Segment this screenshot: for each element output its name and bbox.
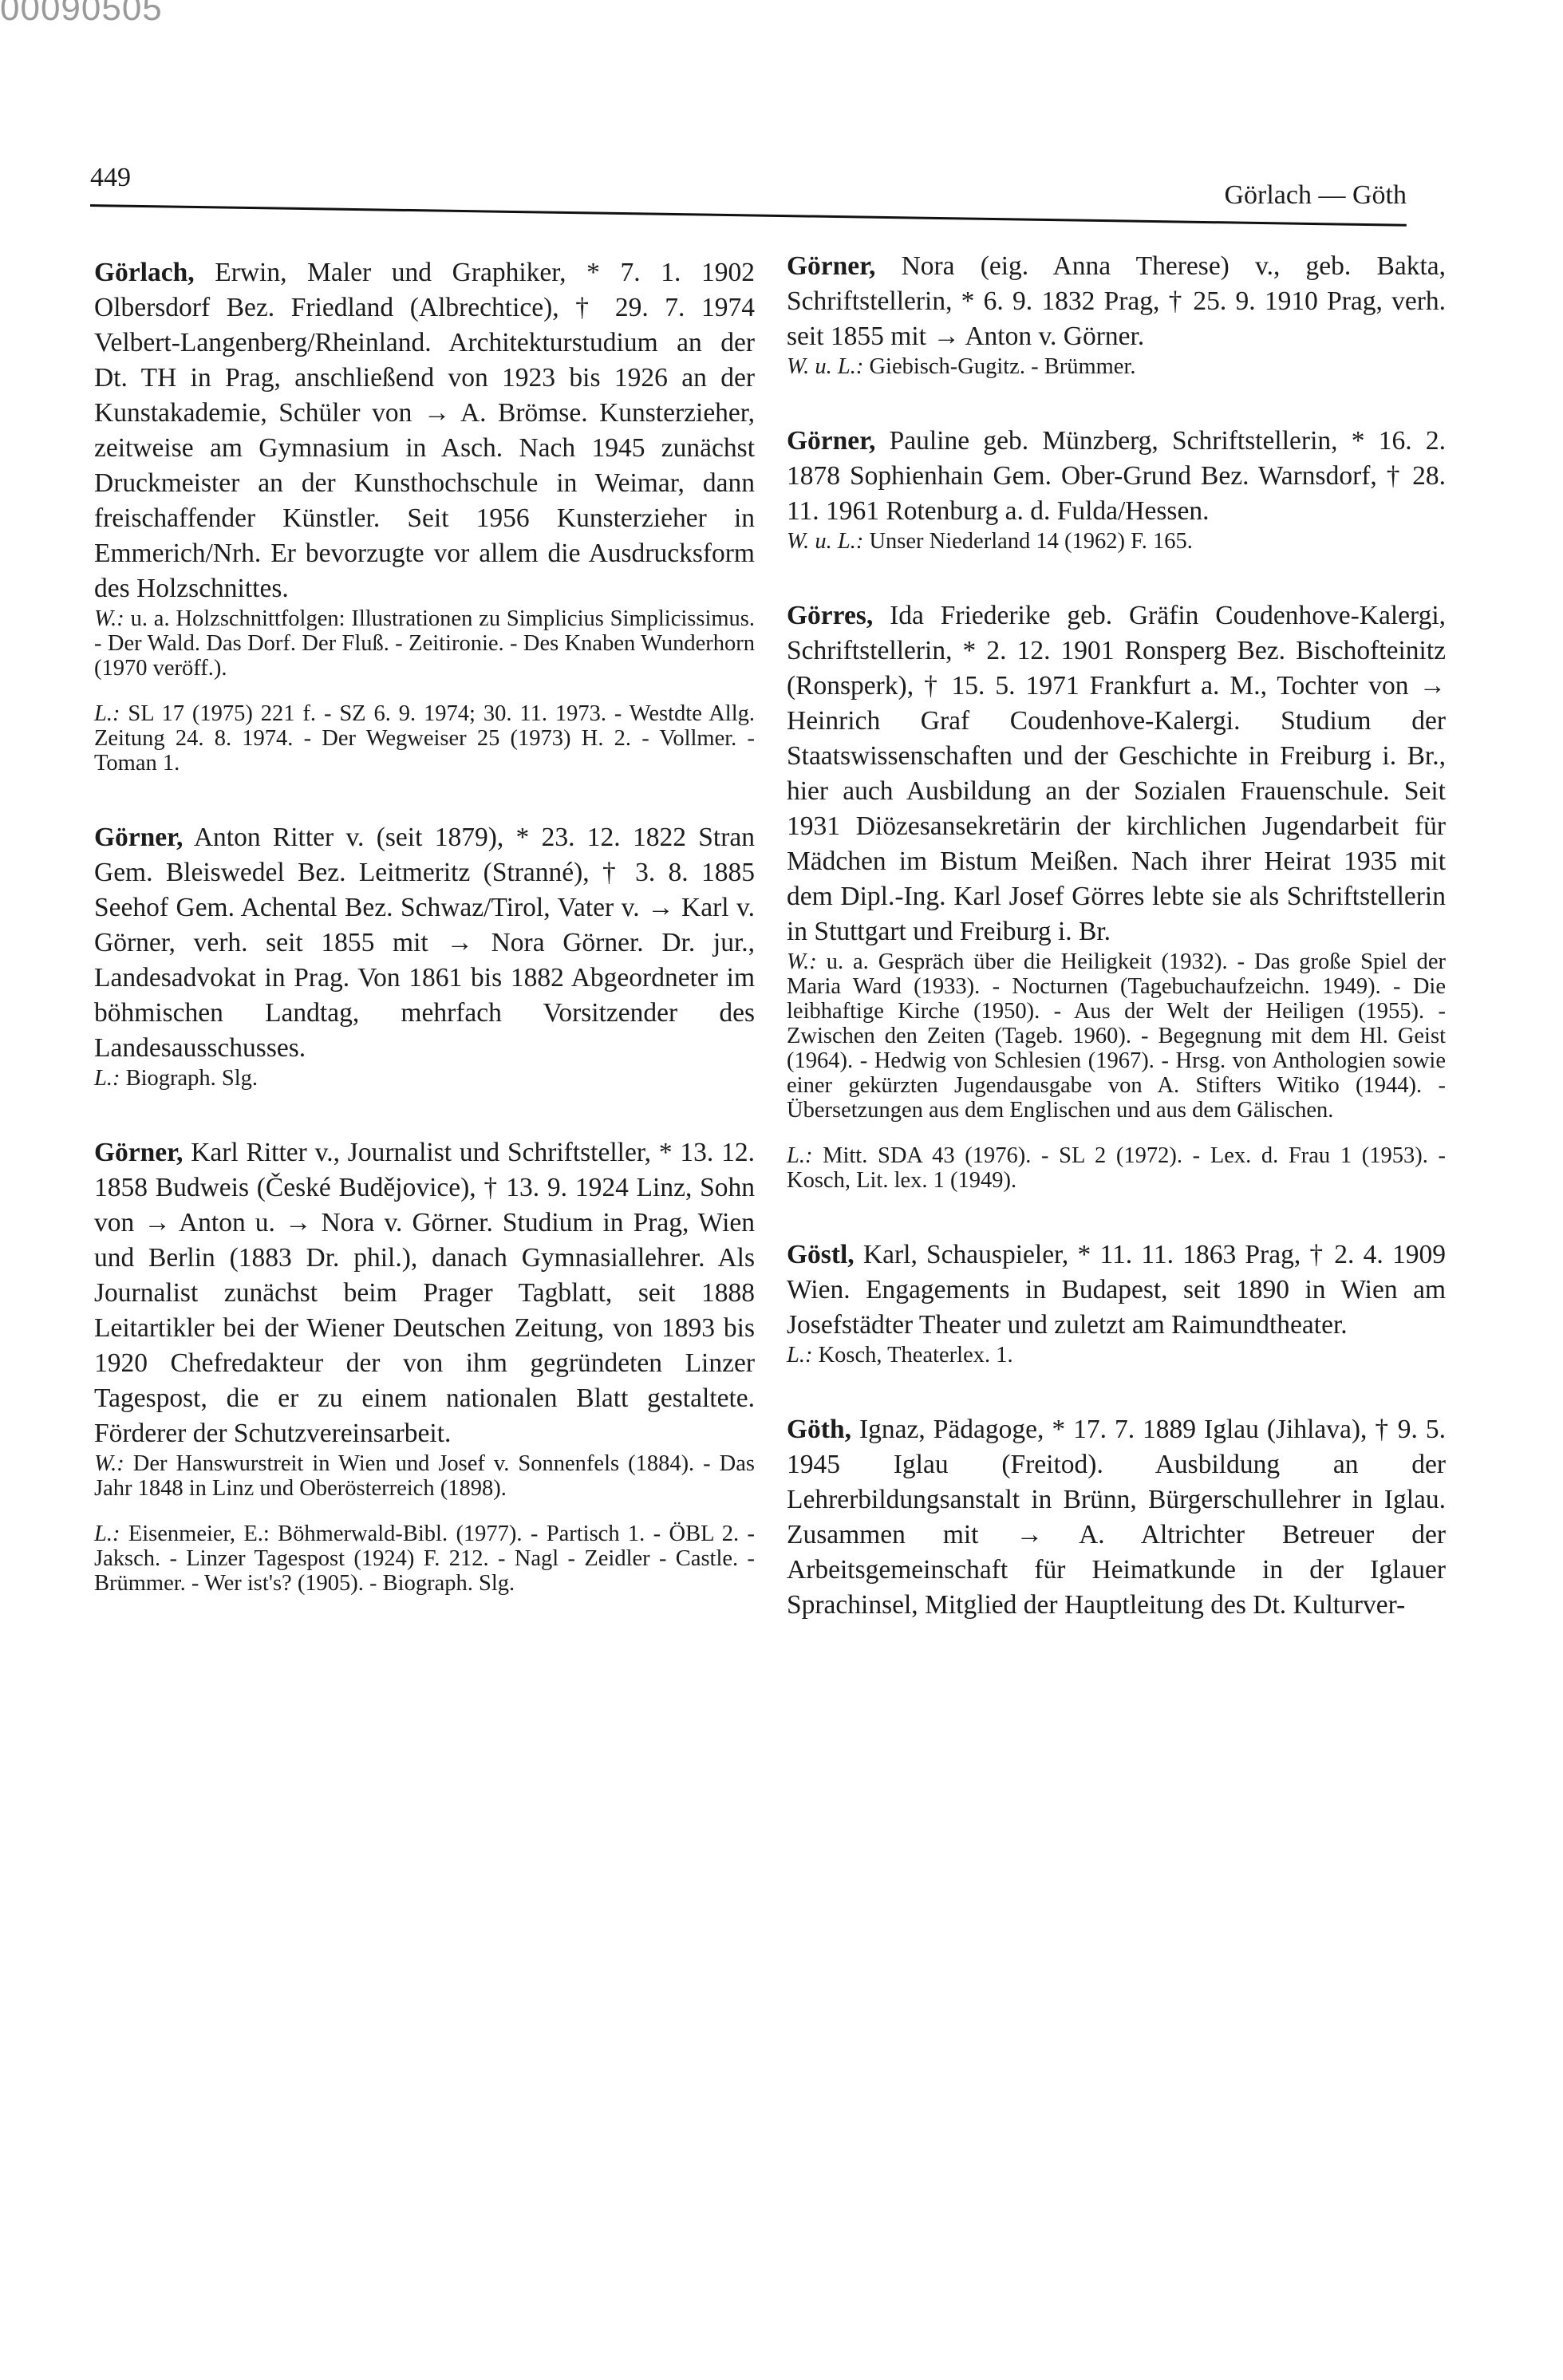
works-text: u. a. Gespräch über die Heiligkeit (1932… xyxy=(787,949,1446,1123)
entry-works: W.: u. a. Gespräch über die Heiligkeit (… xyxy=(787,949,1446,1123)
entry-text: Ignaz, Pädagoge, * 17. 7. 1889 Iglau (Ji… xyxy=(787,1415,1446,1620)
lit-text: Mitt. SDA 43 (1976). - SL 2 (1972). - Le… xyxy=(787,1143,1446,1193)
entry-body: Görlach, Erwin, Maler und Graphiker, * 7… xyxy=(94,255,755,606)
scan-id-stamp: 00090505 xyxy=(0,0,163,29)
entry-text: Nora (eig. Anna Therese) v., geb. Bakta,… xyxy=(787,251,1446,351)
entry-text: Karl Ritter v., Journalist und Schriftst… xyxy=(94,1138,755,1448)
lit-tag: L.: xyxy=(94,1066,120,1091)
entry-goerner-nora: Görner, Nora (eig. Anna Therese) v., geb… xyxy=(787,249,1446,379)
lit-text: SL 17 (1975) 221 f. - SZ 6. 9. 1974; 30.… xyxy=(94,701,755,776)
entry-headword: Görres, xyxy=(787,601,873,630)
page-header: 449 Görlach — Göth xyxy=(90,152,1407,215)
works-text: u. a. Holzschnittfolgen: Illustrationen … xyxy=(94,606,755,681)
running-head: Görlach — Göth xyxy=(1224,180,1407,211)
entry-goeth-ignaz: Göth, Ignaz, Pädagoge, * 17. 7. 1889 Igl… xyxy=(787,1412,1446,1623)
entry-body: Göth, Ignaz, Pädagoge, * 17. 7. 1889 Igl… xyxy=(787,1412,1446,1623)
works-tag: W.: xyxy=(94,606,124,631)
lit-tag: W. u. L.: xyxy=(787,529,863,554)
entry-works: W.: Der Hanswurstreit in Wien und Josef … xyxy=(94,1451,755,1501)
entry-body: Göstl, Karl, Schauspieler, * 11. 11. 186… xyxy=(787,1237,1446,1343)
page-number: 449 xyxy=(90,163,131,193)
entry-headword: Görlach, xyxy=(94,258,195,287)
lit-text: Kosch, Theaterlex. 1. xyxy=(819,1343,1013,1368)
entry-literature: W. u. L.: Giebisch-Gugitz. - Brümmer. xyxy=(787,354,1446,379)
lit-tag: L.: xyxy=(787,1143,812,1168)
entry-literature: L.: Kosch, Theaterlex. 1. xyxy=(787,1343,1446,1368)
entry-text: Pauline geb. Münzberg, Schriftstellerin,… xyxy=(787,426,1446,526)
lit-text: Unser Niederland 14 (1962) F. 165. xyxy=(869,529,1192,554)
entry-goerner-anton: Görner, Anton Ritter v. (seit 1879), * 2… xyxy=(94,820,755,1091)
entry-text: Anton Ritter v. (seit 1879), * 23. 12. 1… xyxy=(94,823,755,1063)
works-tag: W.: xyxy=(787,949,817,974)
entry-headword: Görner, xyxy=(787,426,875,456)
right-column: Görner, Nora (eig. Anna Therese) v., geb… xyxy=(787,249,1446,1652)
entry-text: Erwin, Maler und Graphiker, * 7. 1. 1902… xyxy=(94,258,755,603)
entry-headword: Görner, xyxy=(787,251,875,281)
lit-text: Biograph. Slg. xyxy=(126,1066,258,1091)
entry-text: Ida Friederike geb. Gräfin Coudenhove-Ka… xyxy=(787,601,1446,946)
entry-literature: L.: SL 17 (1975) 221 f. - SZ 6. 9. 1974;… xyxy=(94,701,755,776)
entry-goerner-pauline: Görner, Pauline geb. Münzberg, Schriftst… xyxy=(787,424,1446,554)
entry-body: Görres, Ida Friederike geb. Gräfin Coude… xyxy=(787,598,1446,949)
entry-goerres-ida: Görres, Ida Friederike geb. Gräfin Coude… xyxy=(787,598,1446,1193)
entry-body: Görner, Pauline geb. Münzberg, Schriftst… xyxy=(787,424,1446,529)
left-column: Görlach, Erwin, Maler und Graphiker, * 7… xyxy=(94,255,755,1624)
works-tag: W.: xyxy=(94,1451,124,1476)
lit-tag: L.: xyxy=(94,1522,120,1546)
works-text: Der Hanswurstreit in Wien und Josef v. S… xyxy=(94,1451,755,1501)
entry-body: Görner, Karl Ritter v., Journalist und S… xyxy=(94,1135,755,1451)
entry-headword: Görner, xyxy=(94,823,183,852)
entry-headword: Göstl, xyxy=(787,1240,855,1269)
entry-goestl-karl: Göstl, Karl, Schauspieler, * 11. 11. 186… xyxy=(787,1237,1446,1368)
entry-literature: W. u. L.: Unser Niederland 14 (1962) F. … xyxy=(787,529,1446,554)
entry-literature: L.: Mitt. SDA 43 (1976). - SL 2 (1972). … xyxy=(787,1143,1446,1193)
lit-tag: L.: xyxy=(787,1343,812,1368)
entry-headword: Görner, xyxy=(94,1138,183,1167)
lit-text: Giebisch-Gugitz. - Brümmer. xyxy=(869,354,1135,379)
entry-body: Görner, Anton Ritter v. (seit 1879), * 2… xyxy=(94,820,755,1066)
entry-works: W.: u. a. Holzschnittfolgen: Illustratio… xyxy=(94,606,755,681)
entry-goerner-karl: Görner, Karl Ritter v., Journalist und S… xyxy=(94,1135,755,1596)
entry-literature: L.: Eisenmeier, E.: Böhmerwald-Bibl. (19… xyxy=(94,1522,755,1596)
entry-body: Görner, Nora (eig. Anna Therese) v., geb… xyxy=(787,249,1446,354)
entry-goerlach-erwin: Görlach, Erwin, Maler und Graphiker, * 7… xyxy=(94,255,755,776)
lit-tag: L.: xyxy=(94,701,120,726)
entry-literature: L.: Biograph. Slg. xyxy=(94,1066,755,1091)
lit-text: Eisenmeier, E.: Böhmerwald-Bibl. (1977).… xyxy=(94,1522,755,1596)
entry-text: Karl, Schauspieler, * 11. 11. 1863 Prag,… xyxy=(787,1240,1446,1340)
lit-tag: W. u. L.: xyxy=(787,354,863,379)
entry-headword: Göth, xyxy=(787,1415,851,1444)
